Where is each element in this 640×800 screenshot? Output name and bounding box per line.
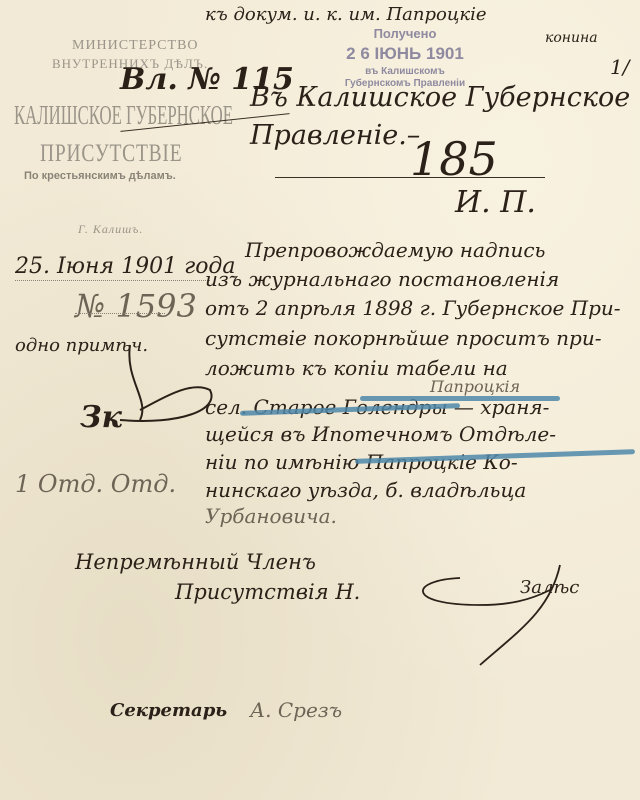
body-insertion: Папроцкія <box>430 377 520 396</box>
top-note-line-1: къ докум. и. к. им. Папроцкіе <box>205 4 487 25</box>
received-stamp-title: Получено <box>330 26 480 41</box>
department-note: 1 Отд. Отд. <box>15 470 176 498</box>
body-line-1: Препровождаемую надпись <box>245 238 545 262</box>
city-label: Г. Калишъ. <box>78 222 143 237</box>
flourish-icon <box>80 340 220 430</box>
received-stamp-line-3: въ Калишскомъ <box>330 66 480 77</box>
body-line-9: нинскаго уѣзда, б. владѣльца <box>205 478 526 502</box>
address-rule <box>275 177 545 178</box>
secretary-signature: А. Срезъ <box>250 698 342 722</box>
initials: И. П. <box>455 185 536 220</box>
address-line-1: Въ Калишское Губернское <box>250 82 630 113</box>
body-line-2: изъ журнальнаго постановленія <box>205 267 559 291</box>
outgoing-number: № 1593 <box>75 287 197 325</box>
member-signature: Залѣс <box>520 577 579 598</box>
member-title-line-1: Непремѣнный Членъ <box>75 550 316 574</box>
body-line-7: щейся въ Ипотечномъ Отдѣле- <box>205 422 556 446</box>
date-dotted-line <box>15 280 210 281</box>
number-dotted-line <box>75 313 165 314</box>
body-line-10: Урбановича. <box>205 504 337 528</box>
member-title-line-2: Присутствія Н. <box>175 580 360 604</box>
blue-pencil-mark-1 <box>360 396 560 401</box>
office-name-line-2: ПРИСУТСТВІЕ <box>40 140 182 168</box>
secretary-title: Секретарь <box>110 700 227 721</box>
top-note-line-2: конина <box>545 30 598 46</box>
ministry-line-1: МИНИСТЕРСТВО <box>72 38 199 54</box>
top-note-mark: 1/ <box>610 55 629 79</box>
address-line-2: Правленіе.– <box>250 120 420 151</box>
body-line-3: отъ 2 апрѣля 1898 г. Губернское При- <box>205 296 621 320</box>
body-line-4: сутствіе покорнѣйше проситъ при- <box>205 326 602 350</box>
office-name-line-3: По крестьянскимъ дѣламъ. <box>24 170 176 182</box>
document-date: 25. Іюня 1901 года <box>15 254 236 279</box>
received-stamp-date: 2 6 ІЮНЬ 1901 <box>330 44 480 64</box>
office-name-line-1: КАЛИШСКОЕ ГУБЕРНСКОЕ <box>14 100 233 131</box>
